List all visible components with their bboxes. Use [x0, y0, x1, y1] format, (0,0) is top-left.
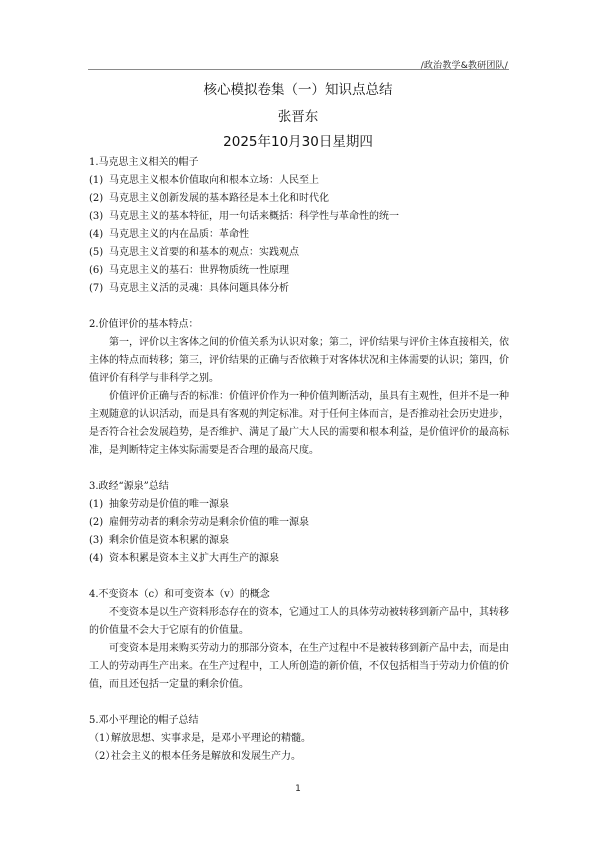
item-number: （1） [89, 730, 111, 748]
section-heading: 4.不变资本（c）和可变资本（v）的概念 [89, 586, 509, 604]
item-text: 解放思想、实事求是，是邓小平理论的精髓。 [111, 730, 311, 748]
section-heading: 1.马克思主义相关的帽子 [89, 154, 509, 172]
page-number: 1 [0, 784, 596, 794]
paragraph: 不变资本是以生产资料形态存在的资本，它通过工人的具体劳动被转移到新产品中，其转移… [89, 604, 509, 640]
paragraph: 可变资本是用来购买劳动力的那部分资本，在生产过程中不是被转移到新产品中去，而是由… [89, 640, 509, 694]
item-number: (5) [89, 244, 109, 262]
document-page: /政治教学&教研团队/ 核心模拟卷集（一）知识点总结 张晋东 2025年10月3… [0, 0, 596, 842]
document-author: 张晋东 [0, 105, 596, 125]
item-text: 马克思主义的内在品质：革命性 [109, 226, 249, 244]
list-item: (2)雇佣劳动者的剩余劳动是剩余价值的唯一源泉 [89, 514, 509, 532]
section-spacer [89, 694, 509, 712]
list-item: (4)马克思主义的内在品质：革命性 [89, 226, 509, 244]
item-text: 资本积累是资本主义扩大再生产的源泉 [109, 550, 279, 568]
document-body: 1.马克思主义相关的帽子 (1)马克思主义根本价值取向和根本立场：人民至上 (2… [89, 154, 509, 766]
item-number: (3) [89, 208, 109, 226]
document-date: 2025年10月30日星期四 [0, 130, 596, 150]
section-heading: 5.邓小平理论的帽子总结 [89, 712, 509, 730]
item-text: 马克思主义根本价值取向和根本立场：人民至上 [109, 172, 319, 190]
section-marxism: 1.马克思主义相关的帽子 (1)马克思主义根本价值取向和根本立场：人民至上 (2… [89, 154, 509, 298]
item-number: (2) [89, 190, 109, 208]
item-number: (7) [89, 280, 109, 298]
item-text: 社会主义的根本任务是解放和发展生产力。 [111, 748, 301, 766]
list-item: (7)马克思主义活的灵魂：具体问题具体分析 [89, 280, 509, 298]
item-number: （2） [89, 748, 111, 766]
list-item: （1）解放思想、实事求是，是邓小平理论的精髓。 [89, 730, 509, 748]
item-text: 马克思主义首要的和基本的观点：实践观点 [109, 244, 299, 262]
item-text: 抽象劳动是价值的唯一源泉 [109, 496, 229, 514]
section-spacer [89, 568, 509, 586]
item-text: 马克思主义活的灵魂：具体问题具体分析 [109, 280, 289, 298]
item-text: 剩余价值是资本积累的源泉 [109, 532, 229, 550]
item-number: (3) [89, 532, 109, 550]
item-number: (2) [89, 514, 109, 532]
header-divider [88, 69, 509, 70]
paragraph: 价值评价正确与否的标准：价值评价作为一种价值判断活动，虽具有主观性，但并不是一种… [89, 388, 509, 460]
section-spacer [89, 298, 509, 316]
list-item: (5)马克思主义首要的和基本的观点：实践观点 [89, 244, 509, 262]
list-item: （2）社会主义的根本任务是解放和发展生产力。 [89, 748, 509, 766]
document-title: 核心模拟卷集（一）知识点总结 [0, 78, 596, 98]
list-item: (3)马克思主义的基本特征，用一句话来概括：科学性与革命性的统一 [89, 208, 509, 226]
item-text: 马克思主义的基本特征，用一句话来概括：科学性与革命性的统一 [109, 208, 399, 226]
paragraph: 第一，评价以主客体之间的价值关系为认识对象；第二，评价结果与评价主体直接相关，依… [89, 334, 509, 388]
section-value-evaluation: 2.价值评价的基本特点： 第一，评价以主客体之间的价值关系为认识对象；第二，评价… [89, 316, 509, 460]
item-text: 马克思主义创新发展的基本路径是本土化和时代化 [109, 190, 329, 208]
item-number: (4) [89, 550, 109, 568]
section-political-economy-sources: 3.政经“源泉”总结 (1)抽象劳动是价值的唯一源泉 (2)雇佣劳动者的剩余劳动… [89, 478, 509, 568]
section-heading: 3.政经“源泉”总结 [89, 478, 509, 496]
item-text: 马克思主义的基石：世界物质统一性原理 [109, 262, 289, 280]
section-spacer [89, 460, 509, 478]
section-heading: 2.价值评价的基本特点： [89, 316, 509, 334]
item-number: (6) [89, 262, 109, 280]
list-item: (1)马克思主义根本价值取向和根本立场：人民至上 [89, 172, 509, 190]
item-text: 雇佣劳动者的剩余劳动是剩余价值的唯一源泉 [109, 514, 309, 532]
list-item: (2)马克思主义创新发展的基本路径是本土化和时代化 [89, 190, 509, 208]
list-item: (4)资本积累是资本主义扩大再生产的源泉 [89, 550, 509, 568]
list-item: (1)抽象劳动是价值的唯一源泉 [89, 496, 509, 514]
list-item: (6)马克思主义的基石：世界物质统一性原理 [89, 262, 509, 280]
item-number: (1) [89, 172, 109, 190]
item-number: (1) [89, 496, 109, 514]
section-capital-concepts: 4.不变资本（c）和可变资本（v）的概念 不变资本是以生产资料形态存在的资本，它… [89, 586, 509, 694]
section-deng-theory: 5.邓小平理论的帽子总结 （1）解放思想、实事求是，是邓小平理论的精髓。 （2）… [89, 712, 509, 766]
list-item: (3)剩余价值是资本积累的源泉 [89, 532, 509, 550]
item-number: (4) [89, 226, 109, 244]
